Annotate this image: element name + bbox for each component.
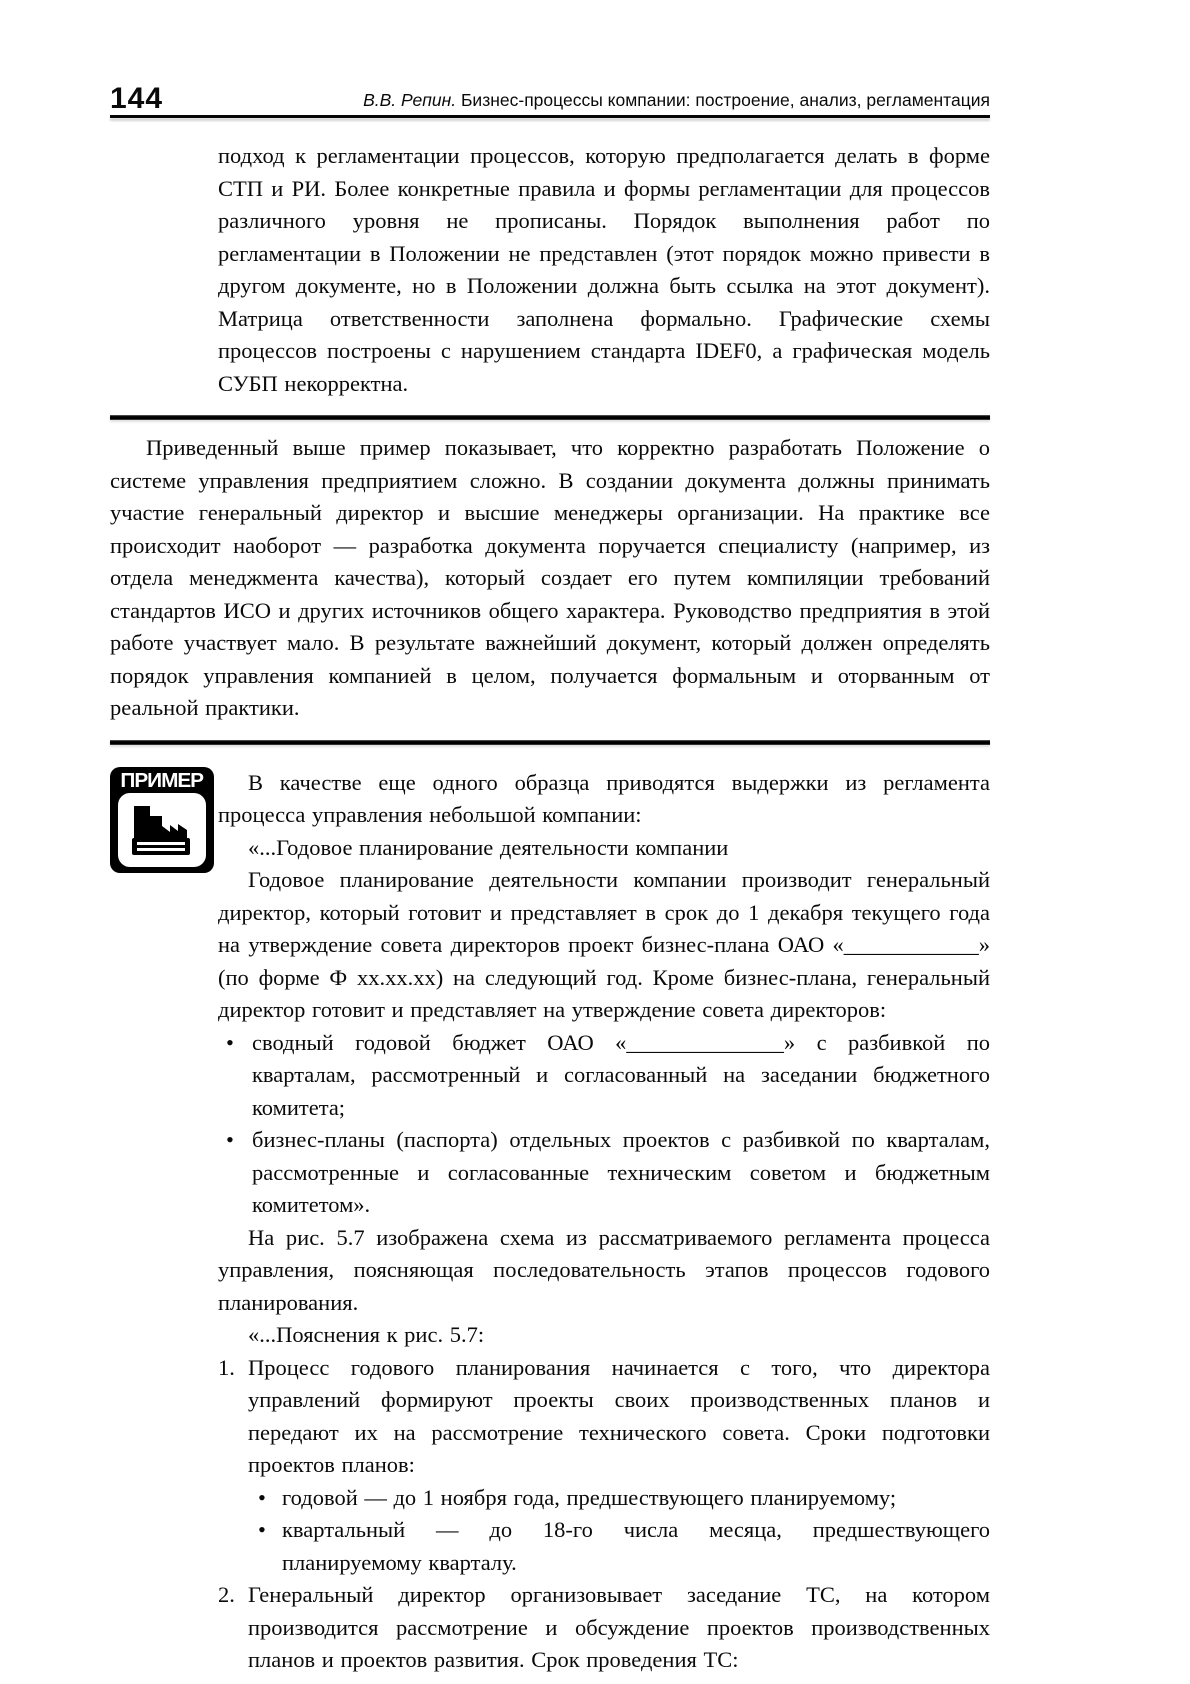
example-marker-label: ПРИМЕР [121,770,204,792]
item-number: 1. [218,1352,248,1482]
item-text: Генеральный директор организовывает засе… [248,1579,990,1677]
numbered-item-2: 2. Генеральный директор организовывает з… [218,1579,990,1677]
factory-icon [118,793,206,867]
bullet-glyph: • [218,1027,252,1125]
example-intro: В качестве еще одного образца приводятся… [218,767,990,832]
bullet-item: • бизнес-планы (паспорта) отдельных прое… [218,1124,990,1222]
example-body: В качестве еще одного образца приводятся… [218,767,990,1677]
previous-example-paragraph: подход к регламентации процессов, котору… [218,140,990,400]
example-paragraph-3: «...Пояснения к рис. 5.7: [218,1319,990,1352]
header-rule [110,115,990,118]
item-number: 2. [218,1579,248,1677]
bullet-glyph: • [252,1514,282,1579]
book-author: В.В. Репин. [363,90,456,110]
sub-bullet-item: • квартальный — до 18-го числа месяца, п… [252,1514,990,1579]
bullet-text: бизнес-планы (паспорта) отдельных проект… [252,1124,990,1222]
bullet-glyph: • [218,1124,252,1222]
sub-bullet-item: • годовой — до 1 ноября года, предшеству… [252,1482,990,1515]
sub-bullet-text: квартальный — до 18-го числа месяца, пре… [282,1514,990,1579]
book-title: Бизнес-процессы компании: построение, ан… [456,90,990,110]
page-number: 144 [110,84,163,114]
sub-bullet-list: • годовой — до 1 ноября года, предшеству… [252,1482,990,1580]
page-content: 144 В.В. Репин. Бизнес-процессы компании… [110,0,990,1677]
example-paragraph-2: На рис. 5.7 изображена схема из рассматр… [218,1222,990,1320]
bullet-glyph: • [252,1482,282,1515]
example-marker: ПРИМЕР [110,767,214,873]
running-head: 144 В.В. Репин. Бизнес-процессы компании… [110,0,990,114]
numbered-item-1: 1. Процесс годового планирования начинае… [218,1352,990,1482]
separator-rule-top [110,415,990,420]
sub-bullet-text: годовой — до 1 ноября года, предшествующ… [282,1482,990,1515]
item-text: Процесс годового планирования начинается… [248,1352,990,1482]
separator-rule-bottom [110,740,990,745]
bullet-item: • сводный годовой бюджет ОАО «__________… [218,1027,990,1125]
example-quote-title: «...Годовое планирование деятельности ко… [218,832,990,865]
bullet-text: сводный годовой бюджет ОАО «____________… [252,1027,990,1125]
book-title-header: В.В. Репин. Бизнес-процессы компании: по… [363,89,990,114]
example-paragraph-1: Годовое планирование деятельности компан… [218,864,990,1027]
body-paragraph: Приведенный выше пример показывает, что … [110,432,990,725]
example-section: ПРИМЕР В качестве еще одного образца при… [110,767,990,1677]
